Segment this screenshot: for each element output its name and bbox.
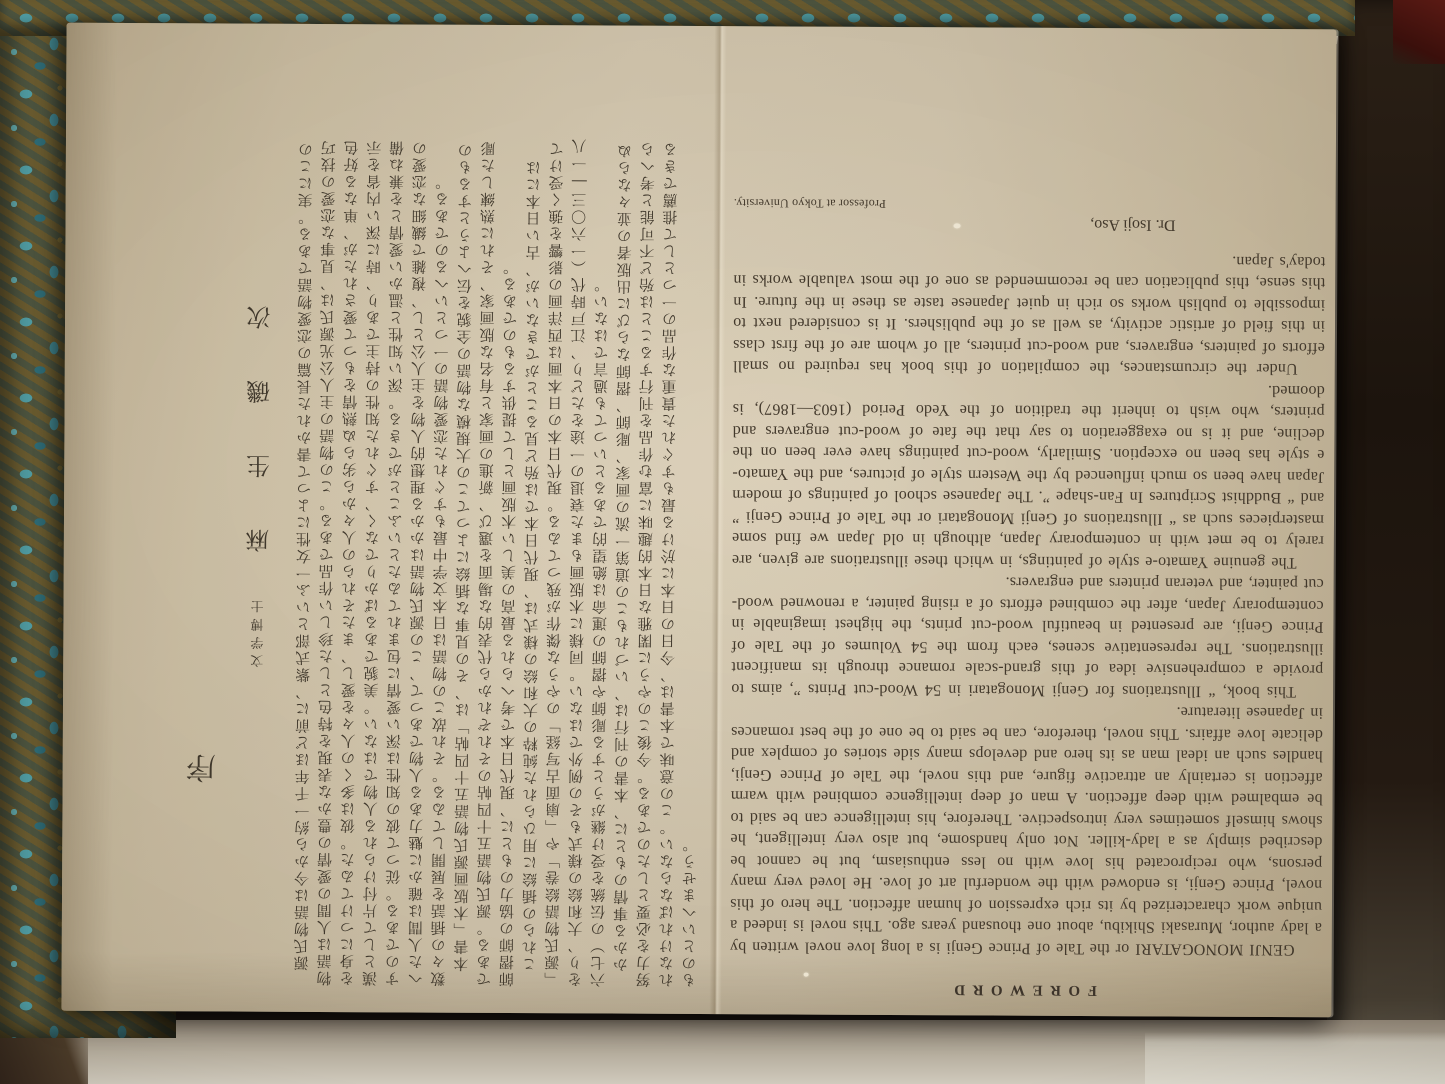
japanese-paragraph: かかる事情のもとに、本書の刊行は、いづれもこの道第一流の画家、彫師、摺師ならびに… xyxy=(610,128,706,988)
photo-frame: FOREWORD GENJI MONOGATARI or the Tale of… xyxy=(0,0,1445,1084)
english-foreword-page: FOREWORD GENJI MONOGATARI or the Tale of… xyxy=(729,196,1325,1006)
foreword-paragraph: The genuine Yamato-e style of paintings,… xyxy=(732,377,1325,574)
box-corner-red xyxy=(1393,0,1445,64)
foreword-heading: FOREWORD xyxy=(730,979,1322,999)
japanese-paragraph: 本書「木版画源氏物語五十四帖」は、その見事な插絵によつてこの大規模な物語の全貌を… xyxy=(450,127,523,987)
japanese-author-name: 麻生磯次 xyxy=(242,255,279,553)
signature-name: Dr. Isoji Aso, xyxy=(734,214,1326,235)
japanese-title: 序 xyxy=(182,125,231,985)
foreword-paragraph: GENJI MONOGATARI or the Tale of Prince G… xyxy=(730,699,1323,960)
box-interior-right xyxy=(1327,0,1445,1084)
book-page: FOREWORD GENJI MONOGATARI or the Tale of… xyxy=(61,23,1336,1018)
japanese-foreword-page: 序 文学博士 麻生磯次 源氏物語は今から約一千年ほど前に、紫式部といふ一女性によ… xyxy=(174,125,718,988)
japanese-body-text: 源氏物語は今から約一千年ほど前に、紫式部といふ一女性によつて書かれた長篇の恋愛物… xyxy=(291,126,706,988)
foreword-paragraph: This book, “ Illustrations for Genji Mon… xyxy=(731,570,1324,702)
japanese-author-degree: 文学博士 xyxy=(251,595,266,668)
page-spread: FOREWORD GENJI MONOGATARI or the Tale of… xyxy=(61,23,1336,1018)
japanese-paragraph: 源氏物語は今から約一千年ほど前に、紫式部といふ一女性によつて書かれた長篇の恋愛物… xyxy=(291,126,455,987)
paper-sliver-bottom xyxy=(1145,1032,1445,1084)
signature-title: Professor at Tokyo University. xyxy=(734,196,1326,214)
japanese-author: 文学博士 麻生磯次 xyxy=(240,126,280,986)
foreword-paragraph: Under the circumstances, the compilation… xyxy=(733,248,1326,380)
japanese-paragraph: これらの插絵に用ひられた純粋の大和絵の様式は、現代日本では殆ど見ることができない… xyxy=(519,127,615,987)
